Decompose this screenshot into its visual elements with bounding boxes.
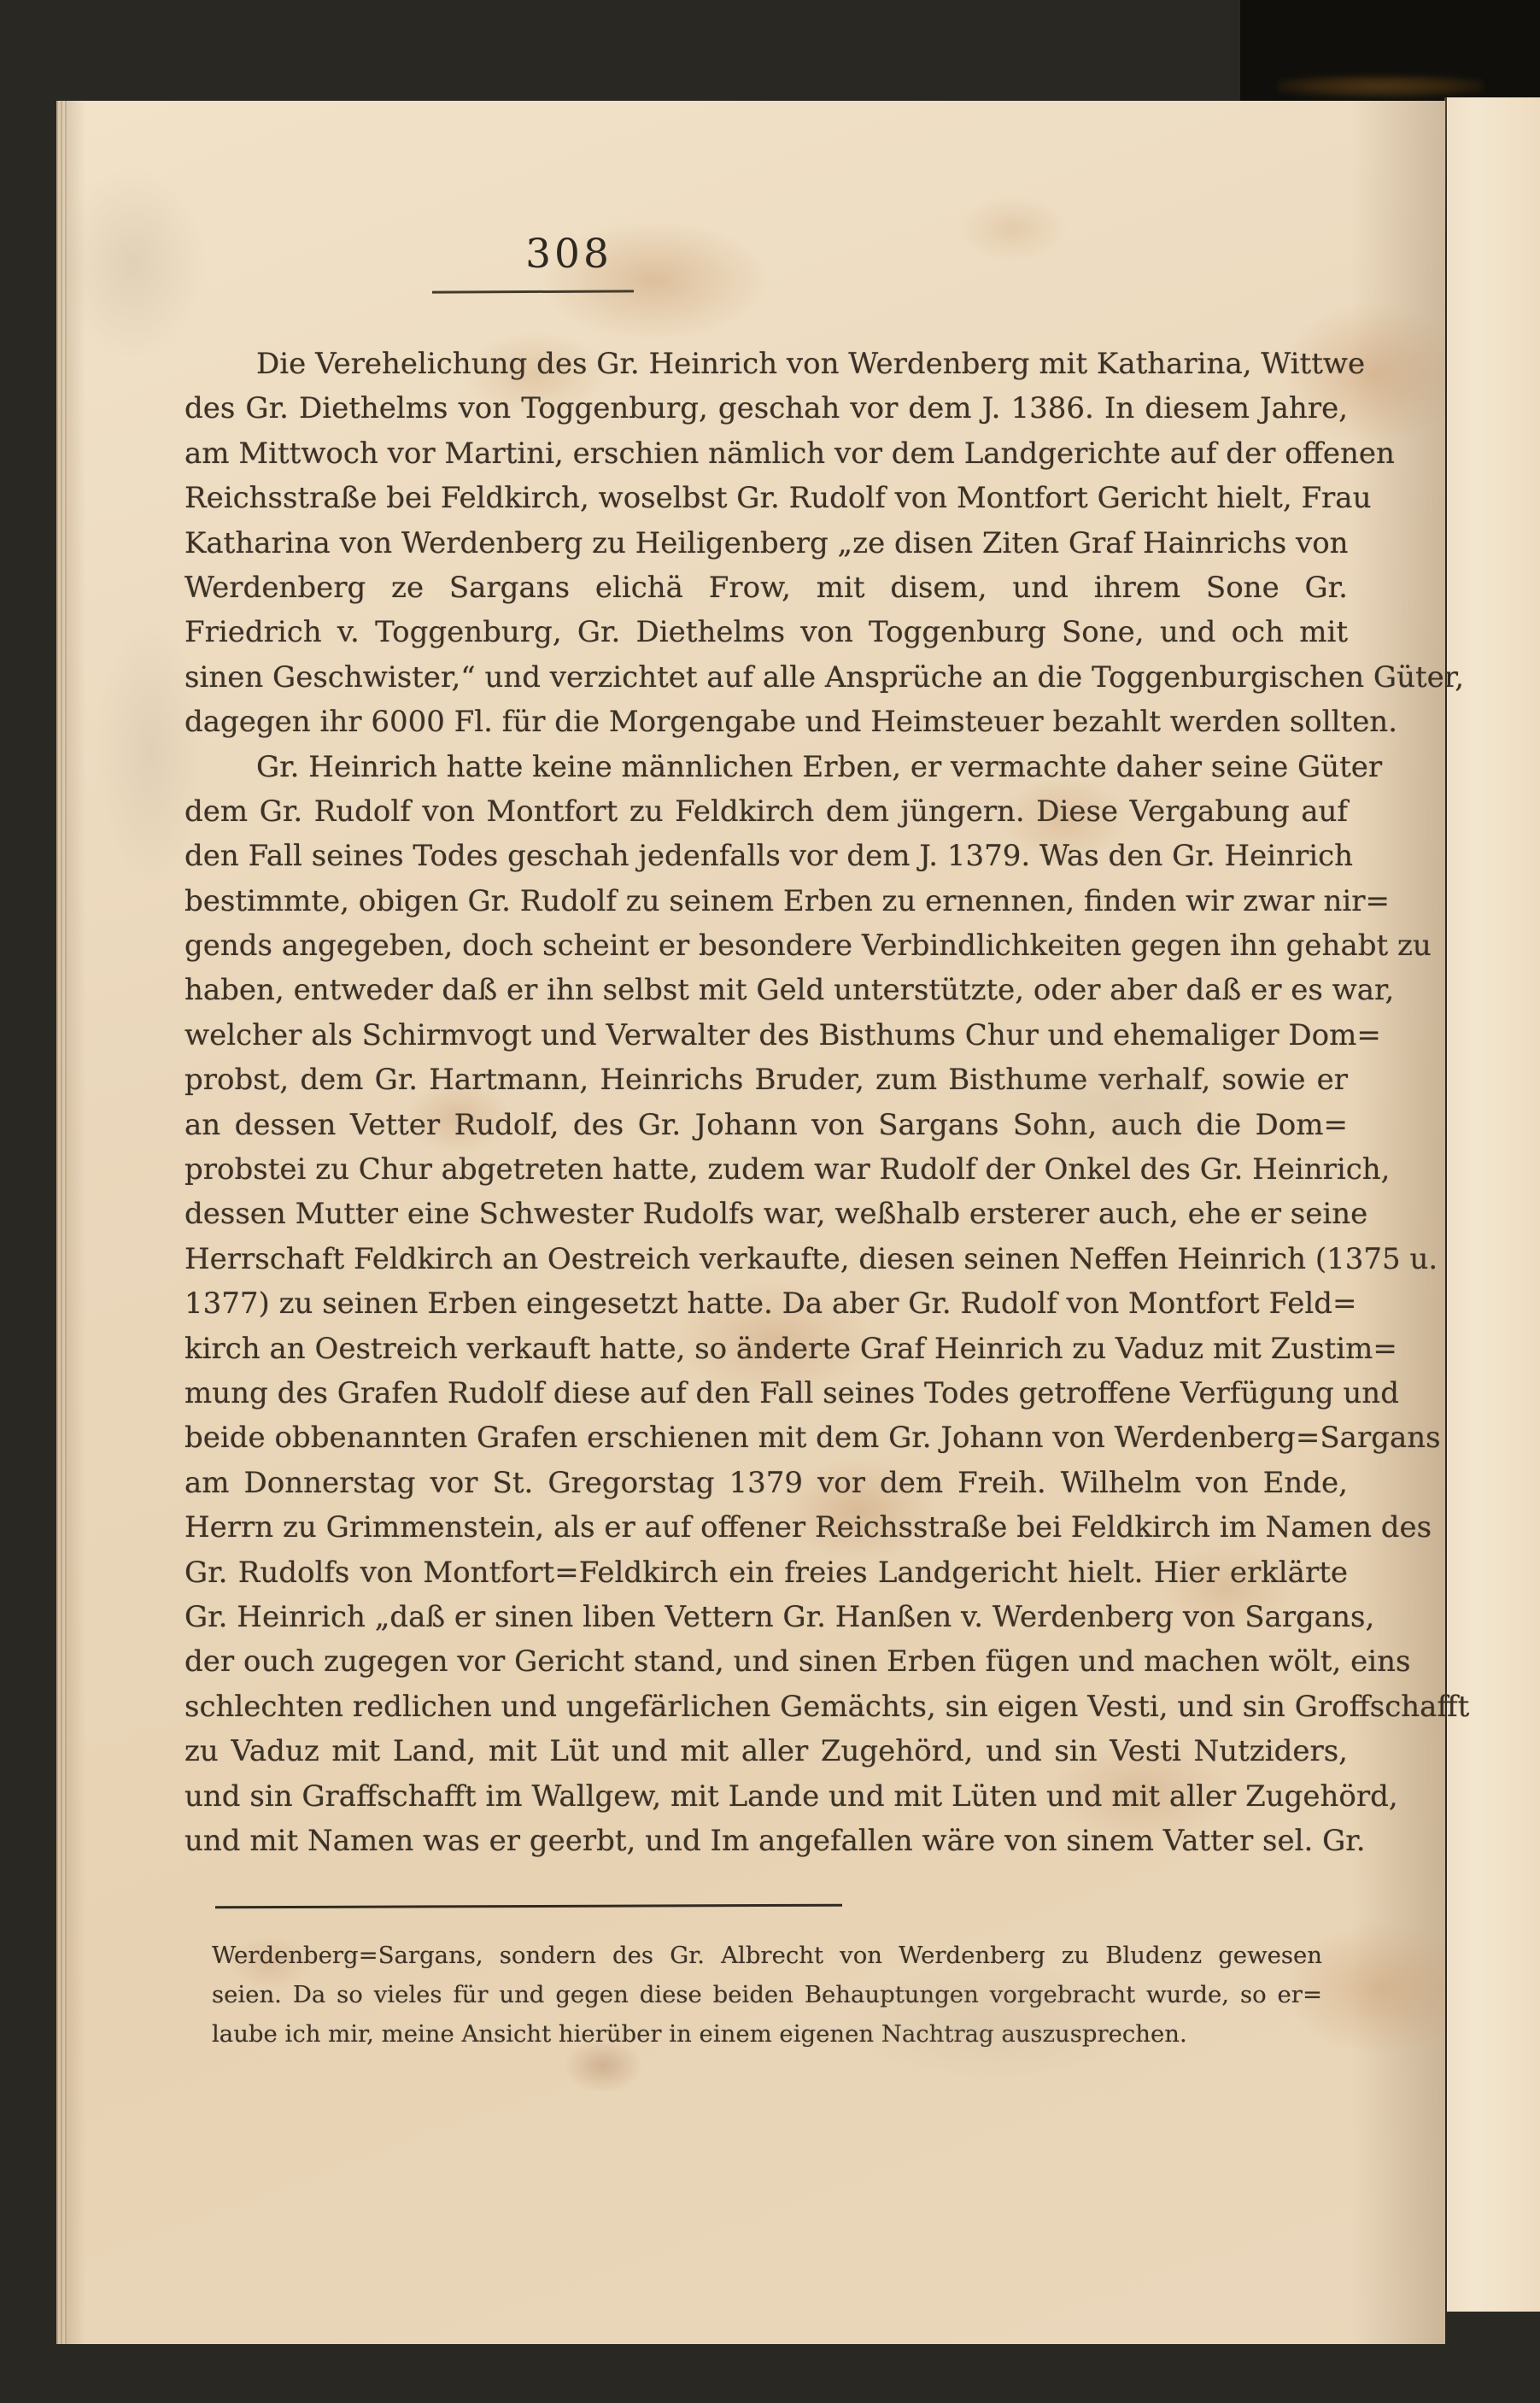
text-line: probstei zu Chur abgetreten hatte, zudem… [184, 1147, 1348, 1192]
text-line: dagegen ihr 6000 Fl. für die Morgengabe … [184, 700, 1348, 744]
text-line: dem Gr. Rudolf von Montfort zu Feldkirch… [184, 789, 1348, 834]
text-line: beide obbenannten Grafen erschienen mit … [184, 1415, 1348, 1460]
text-line: sinen Geschwister,“ und verzichtet auf a… [184, 655, 1348, 700]
text-line: Herrschaft Feldkirch an Oestreich verkau… [184, 1237, 1348, 1281]
main-text: Die Verehelichung des Gr. Heinrich von W… [184, 342, 1348, 1863]
text-line: mung des Grafen Rudolf diese auf den Fal… [184, 1371, 1348, 1415]
text-line: dessen Mutter eine Schwester Rudolfs war… [184, 1192, 1348, 1236]
text-line: Werdenberg ze Sargans elichä Frow, mit d… [184, 566, 1348, 610]
footnote-line: laube ich mir, meine Ansicht hierüber in… [212, 2014, 1322, 2054]
text-line: und sin Graffschafft im Wallgew, mit Lan… [184, 1774, 1348, 1819]
text-line: an dessen Vetter Rudolf, des Gr. Johann … [184, 1103, 1348, 1147]
footnote-separator [215, 1904, 842, 1909]
text-line: am Donnerstag vor St. Gregorstag 1379 vo… [184, 1461, 1348, 1505]
text-line: Herrn zu Grimmenstein, als er auf offene… [184, 1505, 1348, 1550]
text-line: welcher als Schirmvogt und Verwalter des… [184, 1013, 1348, 1058]
text-line: gends angegeben, doch scheint er besonde… [184, 923, 1348, 968]
text-line: zu Vaduz mit Land, mit Lüt und mit aller… [184, 1729, 1348, 1773]
text-line: und mit Namen was er geerbt, und Im ange… [184, 1819, 1348, 1863]
text-line: bestimmte, obigen Gr. Rudolf zu seinem E… [184, 879, 1348, 923]
text-line: der ouch zugegen vor Gericht stand, und … [184, 1639, 1348, 1684]
text-line: des Gr. Diethelms von Toggenburg, gescha… [184, 386, 1348, 431]
text-line: kirch an Oestreich verkauft hatte, so än… [184, 1327, 1348, 1371]
facing-page-fore-edge [1447, 97, 1540, 2312]
footnote-line: seien. Da so vieles für und gegen diese … [212, 1975, 1322, 2014]
text-line: den Fall seines Todes geschah jedenfalls… [184, 834, 1348, 878]
scanned-book-photo: 308 Die Verehelichung des Gr. Heinrich v… [0, 0, 1540, 2403]
footnote-paragraph: Werdenberg=Sargans, sondern des Gr. Albr… [212, 1936, 1322, 2054]
text-line: Friedrich v. Toggenburg, Gr. Diethelms v… [184, 610, 1348, 654]
text-line: Gr. Heinrich „daß er sinen liben Vettern… [184, 1595, 1348, 1639]
text-line: Gr. Heinrich hatte keine männlichen Erbe… [184, 745, 1348, 789]
paragraph: Die Verehelichung des Gr. Heinrich von W… [184, 342, 1348, 745]
text-line: haben, entweder daß er ihn selbst mit Ge… [184, 968, 1348, 1012]
text-line: Gr. Rudolfs von Montfort=Feldkirch ein f… [184, 1550, 1348, 1595]
text-line: Die Verehelichung des Gr. Heinrich von W… [184, 342, 1348, 386]
text-line: probst, dem Gr. Hartmann, Heinrichs Brud… [184, 1058, 1348, 1102]
text-line: Katharina von Werdenberg zu Heiligenberg… [184, 521, 1348, 566]
paragraph: Gr. Heinrich hatte keine männlichen Erbe… [184, 745, 1348, 1864]
book-page: 308 Die Verehelichung des Gr. Heinrich v… [56, 101, 1445, 2344]
page-number: 308 [424, 231, 714, 278]
text-line: am Mittwoch vor Martini, erschien nämlic… [184, 431, 1348, 476]
text-line: schlechten redlichen und ungefärlichen G… [184, 1685, 1348, 1729]
footnote: Werdenberg=Sargans, sondern des Gr. Albr… [212, 1936, 1322, 2054]
page-number-rule [432, 290, 634, 293]
footnote-line: Werdenberg=Sargans, sondern des Gr. Albr… [212, 1936, 1322, 1975]
text-line: Reichsstraße bei Feldkirch, woselbst Gr.… [184, 476, 1348, 520]
text-line: 1377) zu seinen Erben eingesetzt hatte. … [184, 1281, 1348, 1326]
